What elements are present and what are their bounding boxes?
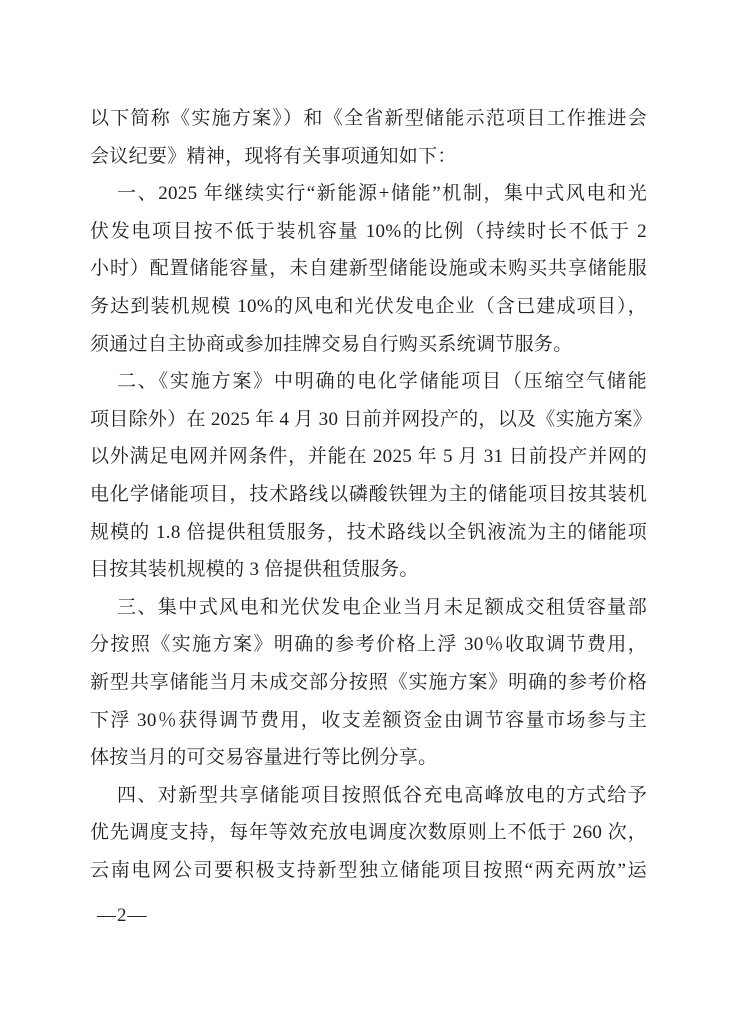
document-line: 四、对新型共享储能项目按照低谷充电高峰放电的方式给予 — [90, 777, 647, 815]
document-line: 以下简称《实施方案》）和《全省新型储能示范项目工作推进会 — [90, 100, 647, 138]
document-line: 会议纪要》精神，现将有关事项通知如下： — [90, 138, 647, 176]
document-line: 电化学储能项目，技术路线以磷酸铁锂为主的储能项目按其装机 — [90, 476, 647, 514]
document-page: 以下简称《实施方案》）和《全省新型储能示范项目工作推进会会议纪要》精神，现将有关… — [0, 0, 743, 1013]
document-line: 一、2025 年继续实行“新能源+储能”机制，集中式风电和光 — [90, 175, 647, 213]
document-line: 小时）配置储能容量，未自建新型储能设施或未购买共享储能服 — [90, 250, 647, 288]
document-line: 云南电网公司要积极支持新型独立储能项目按照“两充两放”运 — [90, 852, 647, 890]
document-body: 以下简称《实施方案》）和《全省新型储能示范项目工作推进会会议纪要》精神，现将有关… — [90, 100, 647, 889]
page-number: —2— — [97, 897, 148, 935]
document-line: 项目除外）在 2025 年 4 月 30 日前并网投产的，以及《实施方案》 — [90, 401, 647, 439]
document-line: 下浮 30％获得调节费用，收支差额资金由调节容量市场参与主 — [90, 702, 647, 740]
document-line: 伏发电项目按不低于装机容量 10%的比例（持续时长不低于 2 — [90, 213, 647, 251]
document-line: 新型共享储能当月未成交部分按照《实施方案》明确的参考价格 — [90, 664, 647, 702]
document-line: 务达到装机规模 10%的风电和光伏发电企业（含已建成项目）， — [90, 288, 647, 326]
document-line: 三、集中式风电和光伏发电企业当月未足额成交租赁容量部 — [90, 589, 647, 627]
document-line: 须通过自主协商或参加挂牌交易自行购买系统调节服务。 — [90, 326, 647, 364]
document-line: 二、《实施方案》中明确的电化学储能项目（压缩空气储能 — [90, 363, 647, 401]
document-line: 优先调度支持，每年等效充放电调度次数原则上不低于 260 次， — [90, 814, 647, 852]
document-line: 以外满足电网并网条件，并能在 2025 年 5 月 31 日前投产并网的 — [90, 438, 647, 476]
document-line: 规模的 1.8 倍提供租赁服务，技术路线以全钒液流为主的储能项 — [90, 514, 647, 552]
document-line: 体按当月的可交易容量进行等比例分享。 — [90, 739, 647, 777]
document-line: 目按其装机规模的 3 倍提供租赁服务。 — [90, 551, 647, 589]
document-line: 分按照《实施方案》明确的参考价格上浮 30％收取调节费用， — [90, 626, 647, 664]
